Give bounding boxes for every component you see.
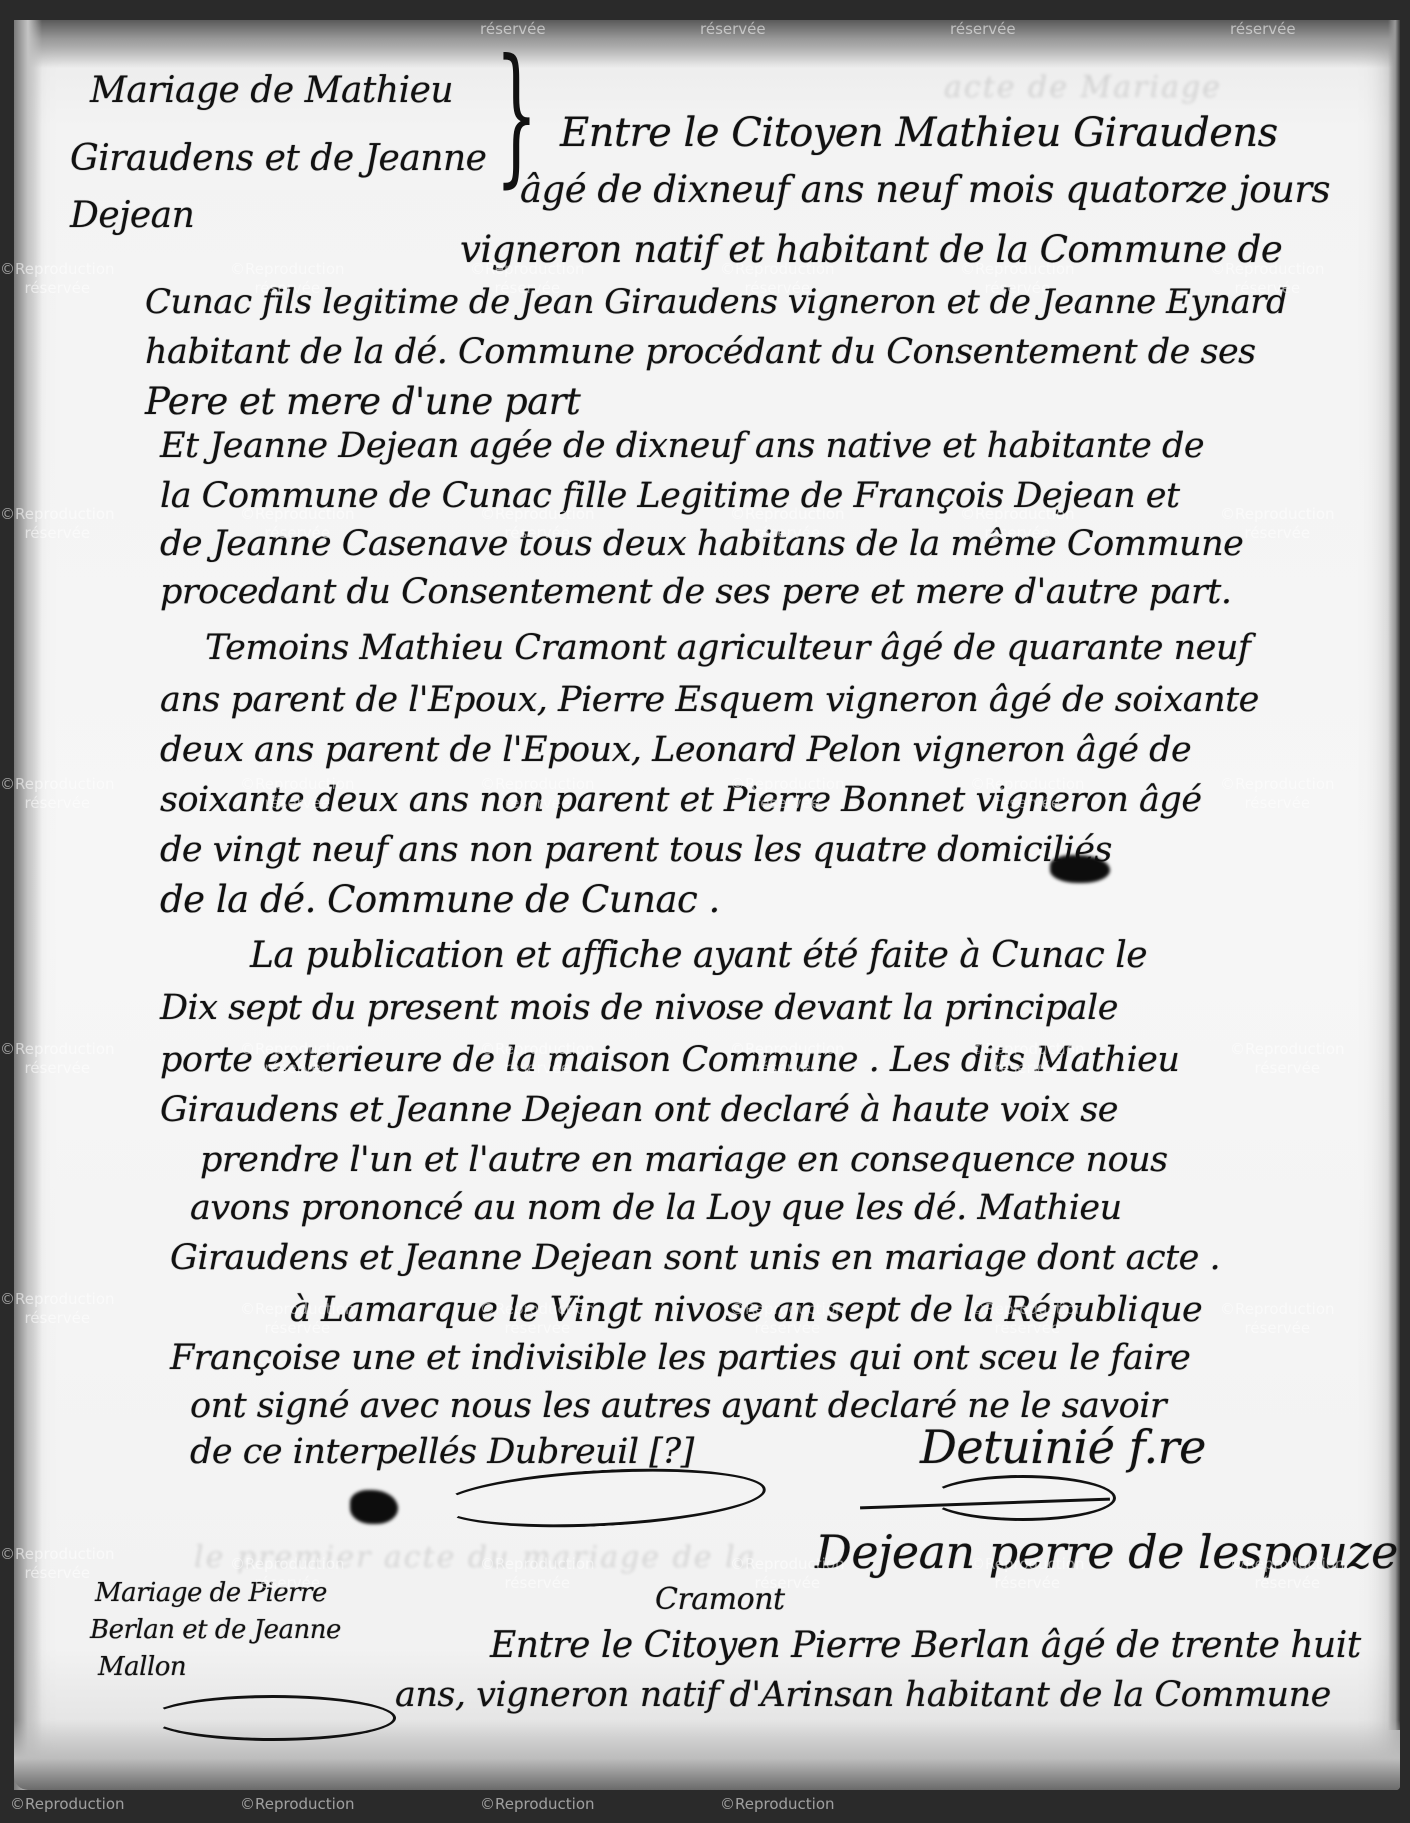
register-line: de Jeanne Casenave tous deux habitans de… — [160, 524, 1243, 564]
register-line: âgé de dixneuf ans neuf mois quatorze jo… — [520, 168, 1330, 211]
page-edge-left — [14, 20, 42, 1790]
register-line: Giraudens et Jeanne Dejean sont unis en … — [170, 1238, 1220, 1278]
watermark: ©Reproduction — [720, 1795, 835, 1814]
ink-blot — [1050, 855, 1110, 883]
margin-title-line: Mariage de Pierre — [95, 1578, 327, 1608]
register-line: prendre l'un et l'autre en mariage en co… — [200, 1140, 1168, 1180]
margin-title-line: Dejean — [70, 195, 194, 236]
watermark: ©Reproduction — [480, 1795, 595, 1814]
margin-title-line: Giraudens et de Jeanne — [70, 138, 486, 179]
register-line: habitant de la dé. Commune procédant du … — [145, 332, 1256, 372]
register-line: Giraudens et Jeanne Dejean ont declaré à… — [160, 1090, 1118, 1130]
register-line: procedant du Consentement de ses pere et… — [160, 572, 1231, 612]
margin-title-line: Mallon — [98, 1652, 186, 1682]
register-line: la Commune de Cunac fille Legitime de Fr… — [160, 476, 1180, 516]
register-line: porte exterieure de la maison Commune . … — [160, 1040, 1179, 1080]
bleed-through-text: le premier acte du mariage de la — [194, 1540, 757, 1575]
register-line: Et Jeanne Dejean agée de dixneuf ans nat… — [160, 426, 1204, 466]
register-line: Cunac fils legitime de Jean Giraudens vi… — [145, 282, 1287, 322]
signature-witness: Cramont — [655, 1582, 785, 1617]
register-line: vigneron natif et habitant de la Commune… — [460, 228, 1282, 271]
watermark: ©Reproduction — [240, 1795, 355, 1814]
ink-blot — [350, 1490, 398, 1524]
page-edge-top — [14, 20, 1400, 68]
page-edge-right — [1388, 20, 1400, 1730]
register-line: Entre le Citoyen Pierre Berlan âgé de tr… — [490, 1625, 1361, 1666]
register-line: ans, vigneron natif d'Arinsan habitant d… — [395, 1675, 1331, 1715]
scanned-register-image: acte de Mariage le premier acte du maria… — [0, 0, 1410, 1823]
signature-flourish — [930, 1475, 1116, 1521]
register-line: Pere et mere d'une part — [145, 380, 580, 423]
signature-parent: Dejean perre de lespouze — [815, 1525, 1398, 1579]
register-line: Dix sept du present mois de nivose devan… — [160, 988, 1118, 1028]
register-line: deux ans parent de l'Epoux, Leonard Pelo… — [160, 730, 1191, 770]
register-line: Françoise une et indivisible les parties… — [170, 1338, 1190, 1378]
signature-officer: Detuinié f.re — [920, 1420, 1206, 1474]
margin-flourish — [150, 1695, 396, 1741]
register-line: à Lamarque le Vingt nivose an sept de la… — [290, 1290, 1202, 1330]
register-line: avons prononcé au nom de la Loy que les … — [190, 1188, 1122, 1228]
register-line: de vingt neuf ans non parent tous les qu… — [160, 830, 1112, 870]
register-line: soixante deux ans non parent et Pierre B… — [160, 780, 1202, 820]
register-line: ans parent de l'Epoux, Pierre Esquem vig… — [160, 680, 1259, 720]
register-line: Temoins Mathieu Cramont agriculteur âgé … — [205, 628, 1250, 668]
register-line: La publication et affiche ayant été fait… — [250, 935, 1147, 976]
watermark: ©Reproduction — [10, 1795, 125, 1814]
bleed-through-text: acte de Mariage — [944, 70, 1222, 105]
margin-title-line: Berlan et de Jeanne — [90, 1615, 341, 1645]
register-line: Entre le Citoyen Mathieu Giraudens — [560, 110, 1278, 156]
margin-title-line: Mariage de Mathieu — [90, 70, 453, 111]
register-line: de la dé. Commune de Cunac . — [160, 878, 720, 921]
register-line: de ce interpellés Dubreuil [?] — [190, 1432, 694, 1472]
